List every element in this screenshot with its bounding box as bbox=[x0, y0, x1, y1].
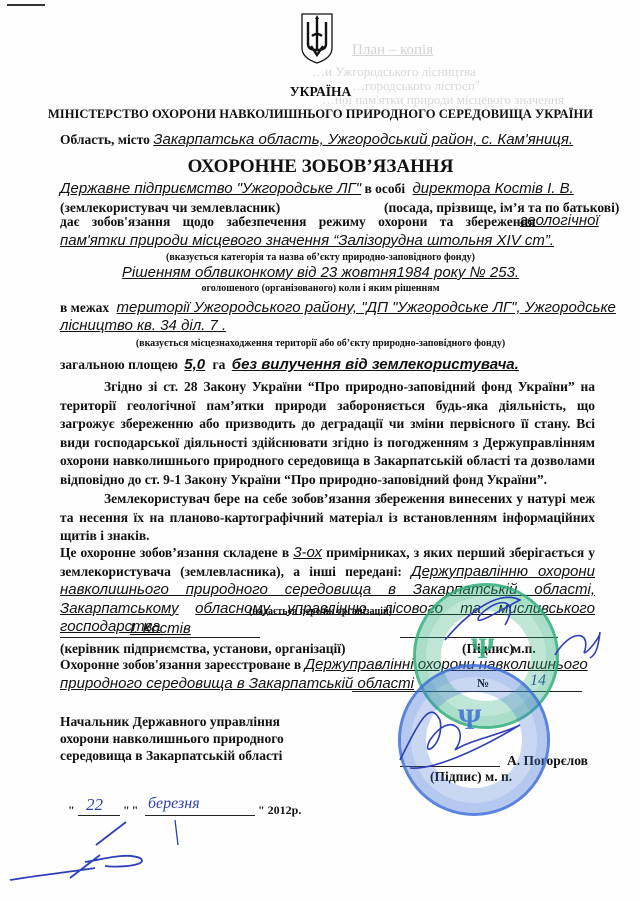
registrar-initials-icon bbox=[555, 632, 600, 658]
chief-signature-icon bbox=[400, 712, 520, 768]
bottom-signature-icon bbox=[10, 822, 142, 880]
document-page: План – копія …и Ужгородського лісництва … bbox=[0, 0, 641, 900]
head-signature-icon bbox=[445, 597, 520, 640]
handwritten-signatures bbox=[0, 0, 641, 900]
